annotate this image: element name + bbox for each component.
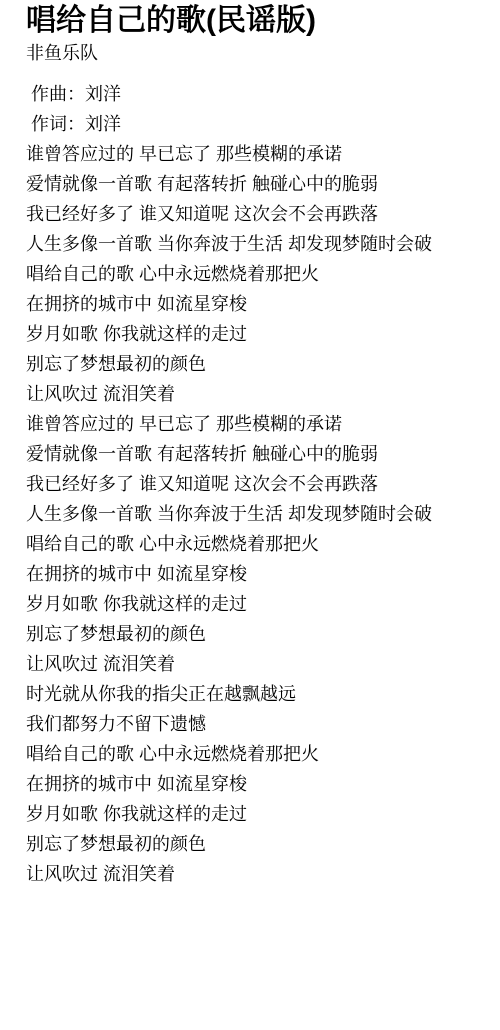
lyric-line: 在拥挤的城市中 如流星穿梭	[26, 769, 492, 799]
lyric-line: 谁曾答应过的 早已忘了 那些模糊的承诺	[26, 409, 492, 439]
lyric-line: 唱给自己的歌 心中永远燃烧着那把火	[26, 529, 492, 559]
credit-line: 作曲：刘洋	[26, 79, 492, 109]
lyric-line: 在拥挤的城市中 如流星穿梭	[26, 559, 492, 589]
lyric-line: 我已经好多了 谁又知道呢 这次会不会再跌落	[26, 469, 492, 499]
credits: 作曲：刘洋 作词：刘洋	[26, 79, 492, 139]
lyric-line: 别忘了梦想最初的颜色	[26, 349, 492, 379]
credit-line: 作词：刘洋	[26, 109, 492, 139]
lyric-line: 岁月如歌 你我就这样的走过	[26, 799, 492, 829]
lyric-line: 人生多像一首歌 当你奔波于生活 却发现梦随时会破	[26, 229, 492, 259]
lyric-line: 让风吹过 流泪笑着	[26, 379, 492, 409]
song-title: 唱给自己的歌(民谣版)	[26, 2, 492, 40]
lyrics: 谁曾答应过的 早已忘了 那些模糊的承诺爱情就像一首歌 有起落转折 触碰心中的脆弱…	[26, 139, 492, 889]
artist-name: 非鱼乐队	[26, 40, 492, 66]
lyric-line: 让风吹过 流泪笑着	[26, 649, 492, 679]
lyric-line: 岁月如歌 你我就这样的走过	[26, 319, 492, 349]
lyrics-page: 唱给自己的歌(民谣版) 非鱼乐队 作曲：刘洋 作词：刘洋 谁曾答应过的 早已忘了…	[0, 0, 500, 1030]
lyric-line: 唱给自己的歌 心中永远燃烧着那把火	[26, 739, 492, 769]
lyric-line: 谁曾答应过的 早已忘了 那些模糊的承诺	[26, 139, 492, 169]
lyric-line: 时光就从你我的指尖正在越飘越远	[26, 679, 492, 709]
lyric-line: 让风吹过 流泪笑着	[26, 859, 492, 889]
lyric-line: 人生多像一首歌 当你奔波于生活 却发现梦随时会破	[26, 499, 492, 529]
lyric-line: 唱给自己的歌 心中永远燃烧着那把火	[26, 259, 492, 289]
lyric-line: 爱情就像一首歌 有起落转折 触碰心中的脆弱	[26, 439, 492, 469]
lyric-line: 我们都努力不留下遗憾	[26, 709, 492, 739]
lyric-line: 岁月如歌 你我就这样的走过	[26, 589, 492, 619]
lyric-line: 别忘了梦想最初的颜色	[26, 619, 492, 649]
lyric-line: 我已经好多了 谁又知道呢 这次会不会再跌落	[26, 199, 492, 229]
lyric-line: 在拥挤的城市中 如流星穿梭	[26, 289, 492, 319]
lyric-line: 爱情就像一首歌 有起落转折 触碰心中的脆弱	[26, 169, 492, 199]
lyric-line: 别忘了梦想最初的颜色	[26, 829, 492, 859]
